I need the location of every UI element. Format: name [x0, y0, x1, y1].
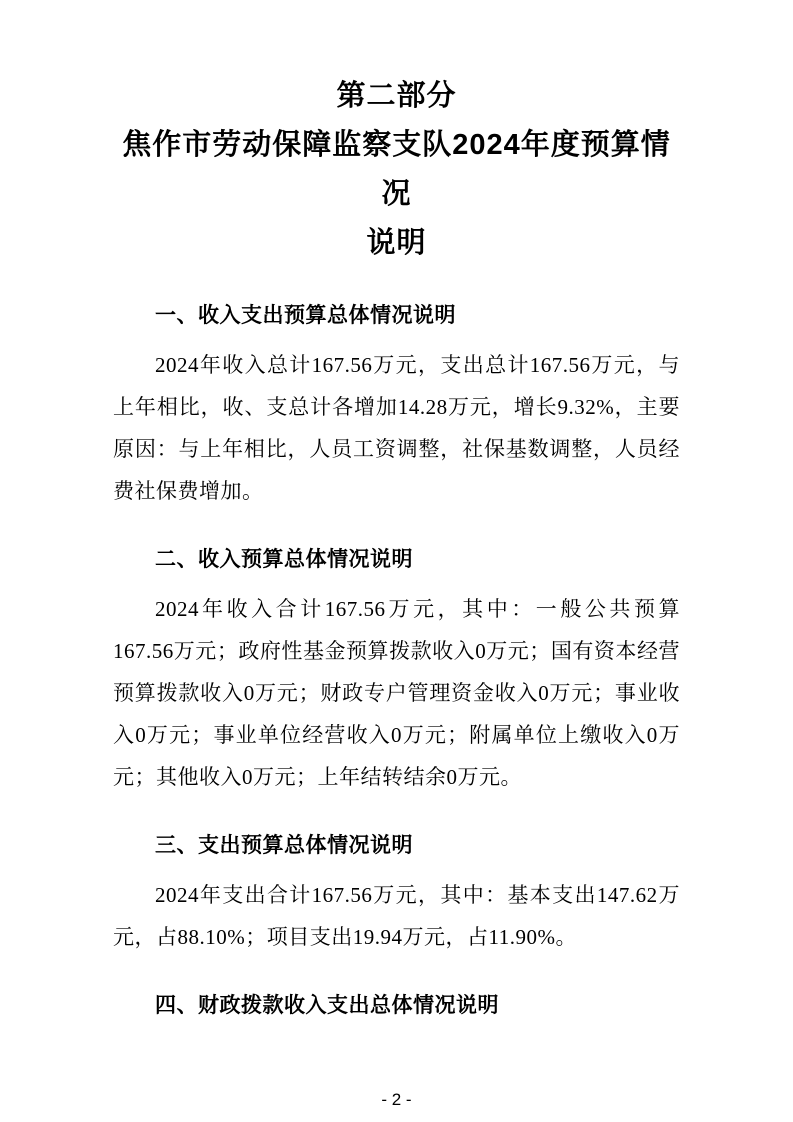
section-income-expense-overview: 一、收入支出预算总体情况说明 2024年收入总计167.56万元，支出总计167…: [113, 302, 680, 512]
section-income-budget-overview: 二、收入预算总体情况说明 2024年收入合计167.56万元，其中：一般公共预算…: [113, 546, 680, 798]
section-expense-budget-overview: 三、支出预算总体情况说明 2024年支出合计167.56万元，其中：基本支出14…: [113, 832, 680, 958]
title-line-suffix: 说明: [113, 219, 680, 268]
section-1-heading: 一、收入支出预算总体情况说明: [113, 302, 680, 330]
section-4-heading: 四、财政拨款收入支出总体情况说明: [113, 992, 680, 1020]
section-fiscal-appropriation-overview: 四、财政拨款收入支出总体情况说明: [113, 992, 680, 1020]
section-1-paragraph: 2024年收入总计167.56万元，支出总计167.56万元，与上年相比，收、支…: [113, 344, 680, 512]
section-3-heading: 三、支出预算总体情况说明: [113, 832, 680, 860]
title-line-name: 焦作市劳动保障监察支队2024年度预算情况: [113, 121, 680, 219]
document-page: 第二部分 焦作市劳动保障监察支队2024年度预算情况 说明 一、收入支出预算总体…: [0, 0, 793, 1122]
section-2-heading: 二、收入预算总体情况说明: [113, 546, 680, 574]
document-title: 第二部分 焦作市劳动保障监察支队2024年度预算情况 说明: [113, 72, 680, 268]
section-2-paragraph: 2024年收入合计167.56万元，其中：一般公共预算167.56万元；政府性基…: [113, 588, 680, 798]
section-3-paragraph: 2024年支出合计167.56万元，其中：基本支出147.62万元，占88.10…: [113, 874, 680, 958]
page-number: - 2 -: [0, 1090, 793, 1110]
title-line-part: 第二部分: [113, 72, 680, 121]
